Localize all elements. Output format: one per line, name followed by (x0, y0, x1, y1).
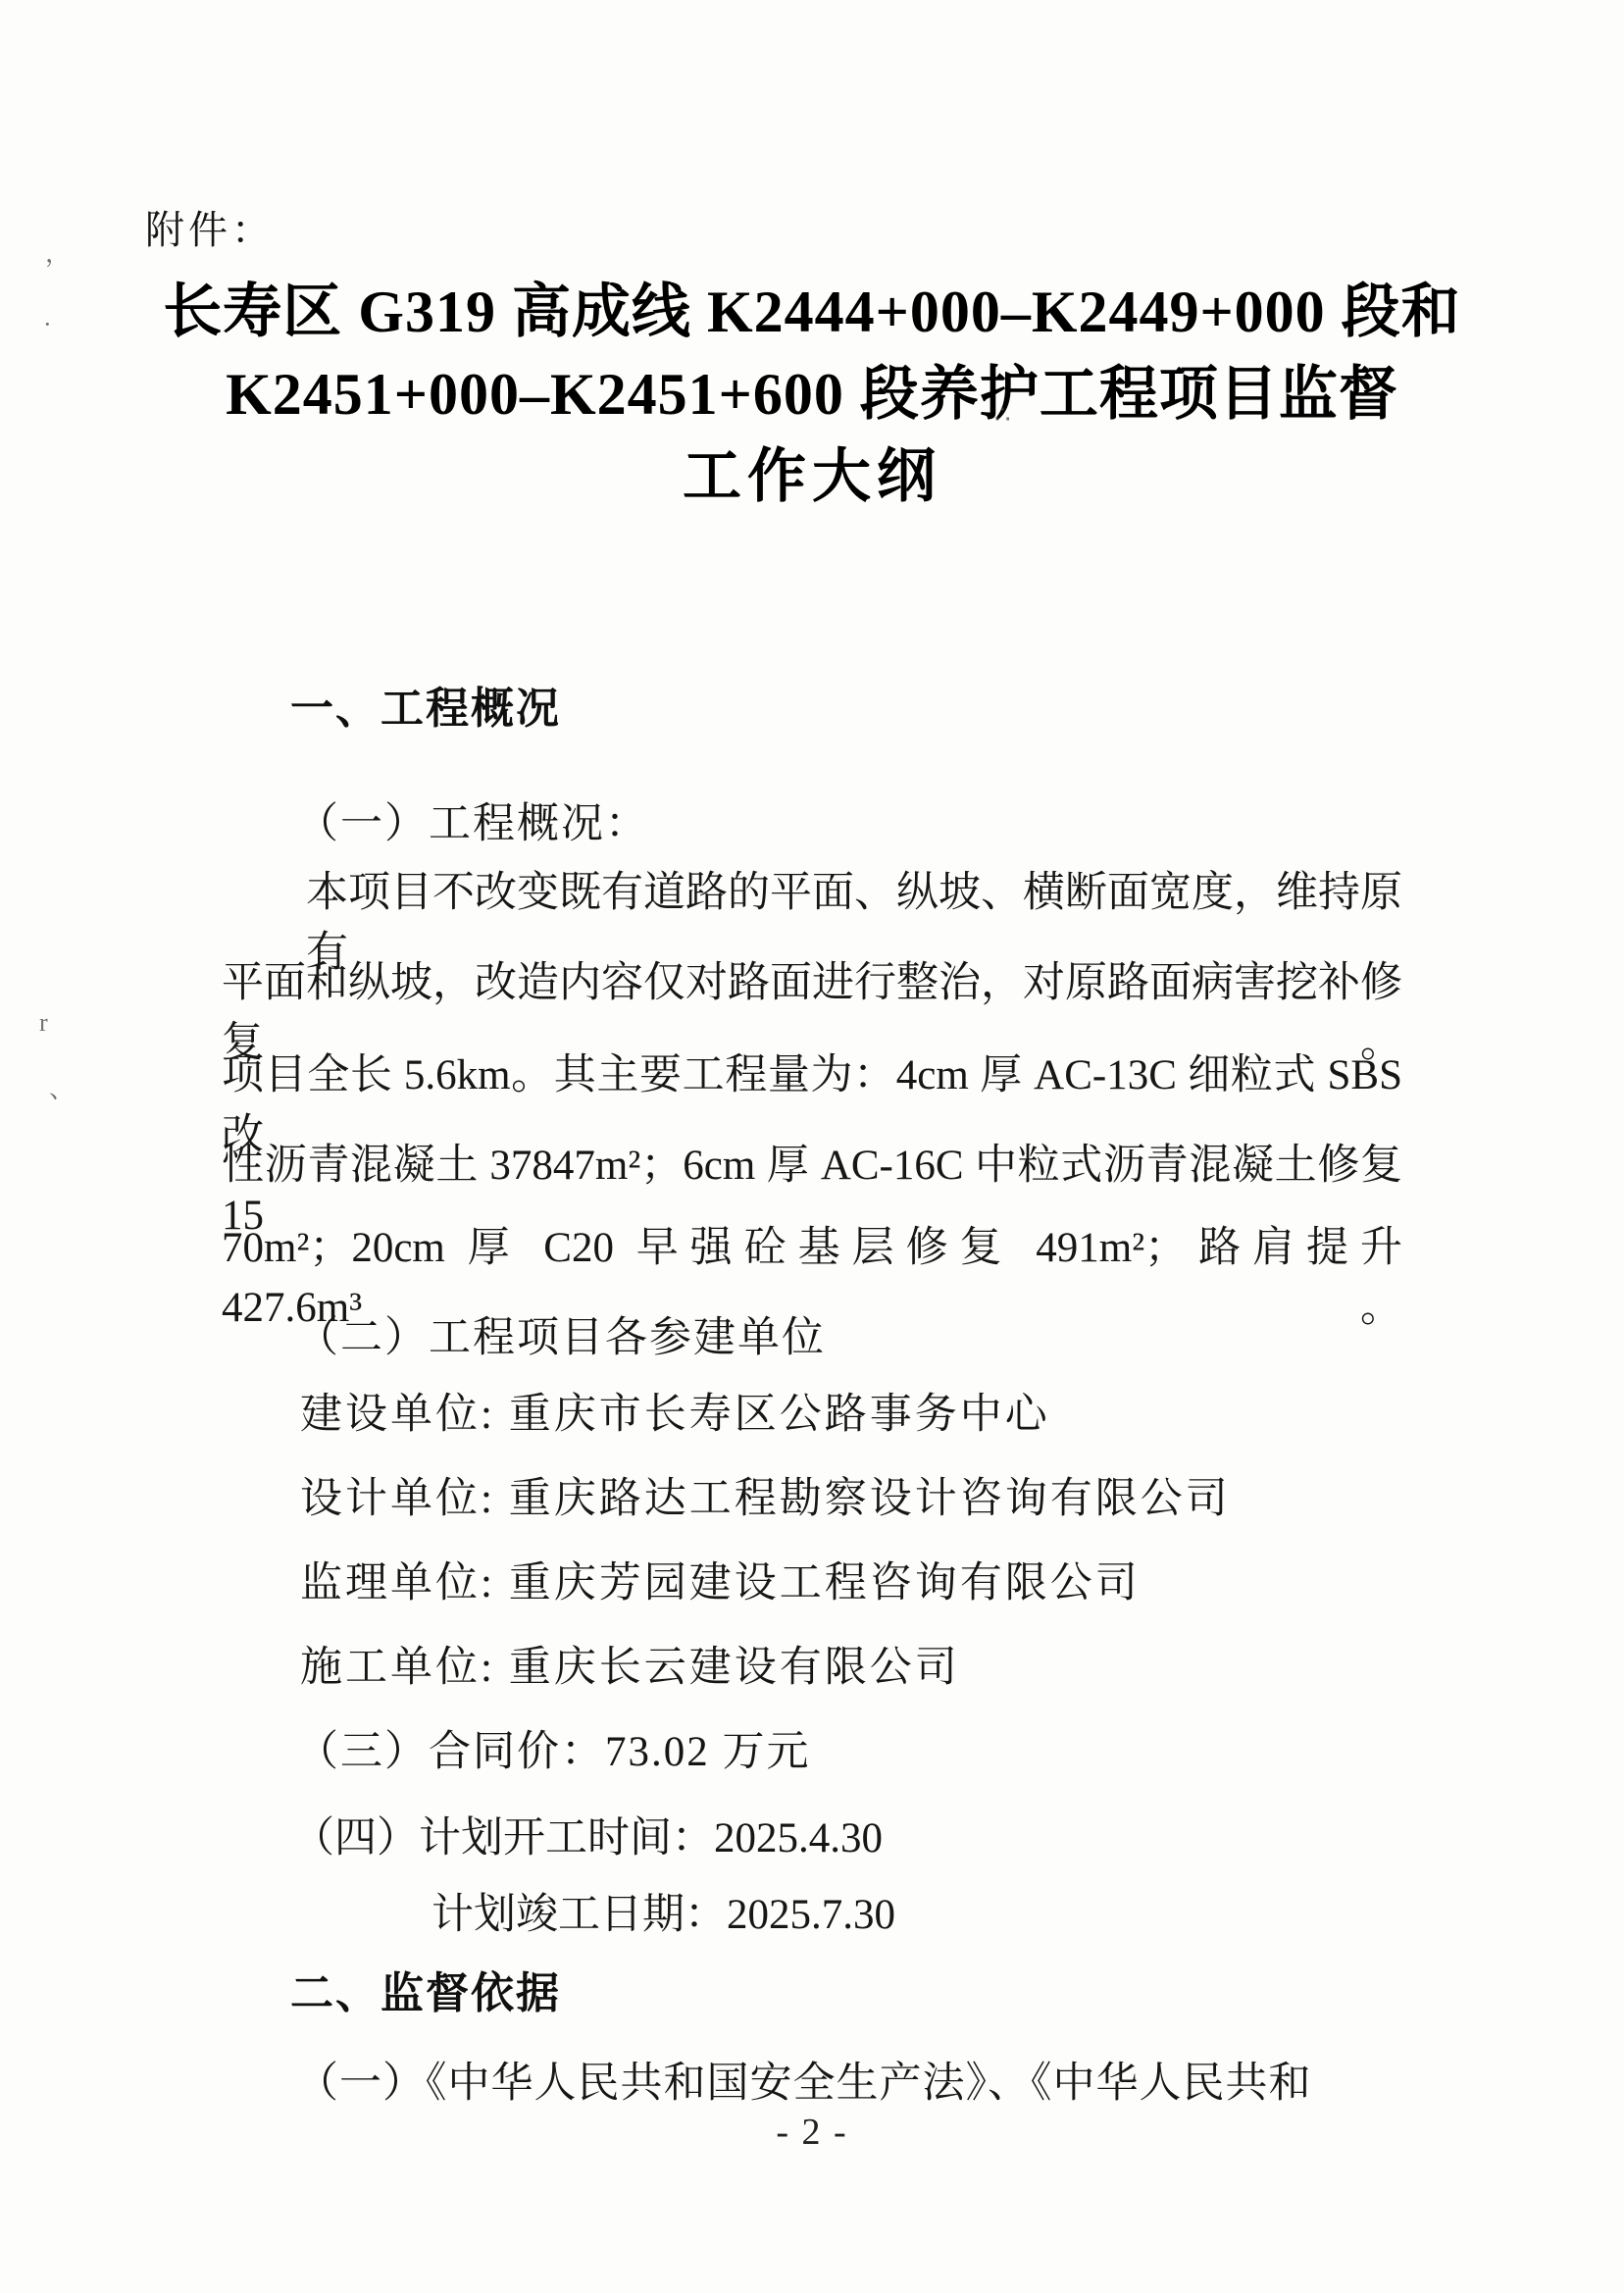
section-1-2-heading: （二）工程项目各参建单位 (296, 1304, 826, 1364)
document-title-line-2: K2451+000–K2451+600 段养护工程项目监督 (98, 347, 1526, 432)
section-1-4-start-date: （四）计划开工时间：2025.4.30 (292, 1805, 883, 1864)
attachment-label: 附件： (145, 199, 275, 255)
section-1-4-completion-date: 计划竣工日期：2025.7.30 (431, 1881, 895, 1941)
section-1-heading: 一、工程概况 (290, 673, 561, 736)
participant-design-unit: 设计单位: 重庆路达工程勘察设计咨询有限公司 (300, 1465, 1231, 1525)
document-title-line-1: 长寿区 G319 高成线 K2444+000–K2449+000 段和 (98, 265, 1526, 349)
document-page: 附件： 长寿区 G319 高成线 K2444+000–K2449+000 段和 … (0, 0, 1624, 2293)
scan-artifact: ， (45, 233, 71, 270)
page-number: - 2 - (0, 2111, 1624, 2154)
scan-artifact: · (43, 310, 52, 339)
participant-supervision-unit: 监理单位: 重庆芳园建设工程咨询有限公司 (300, 1550, 1141, 1609)
section-2-1-legal-basis: （一）《中华人民共和国安全生产法》、《中华人民共和 (296, 2050, 1312, 2110)
section-1-3-contract-price: （三）合同价：73.02 万元 (296, 1718, 811, 1778)
participant-contractor-unit: 施工单位: 重庆长云建设有限公司 (300, 1634, 960, 1694)
section-1-1-heading: （一）工程概况： (296, 790, 649, 850)
scan-artifact: ∴ (994, 400, 1011, 430)
participant-construction-unit: 建设单位: 重庆市长寿区公路事务中心 (300, 1381, 1050, 1441)
document-title-line-3: 工作大纲 (98, 430, 1526, 514)
scan-artifact: r (39, 1008, 48, 1038)
section-2-heading: 二、监督依据 (290, 1958, 561, 2020)
scan-artifact: 、 (49, 1069, 75, 1105)
